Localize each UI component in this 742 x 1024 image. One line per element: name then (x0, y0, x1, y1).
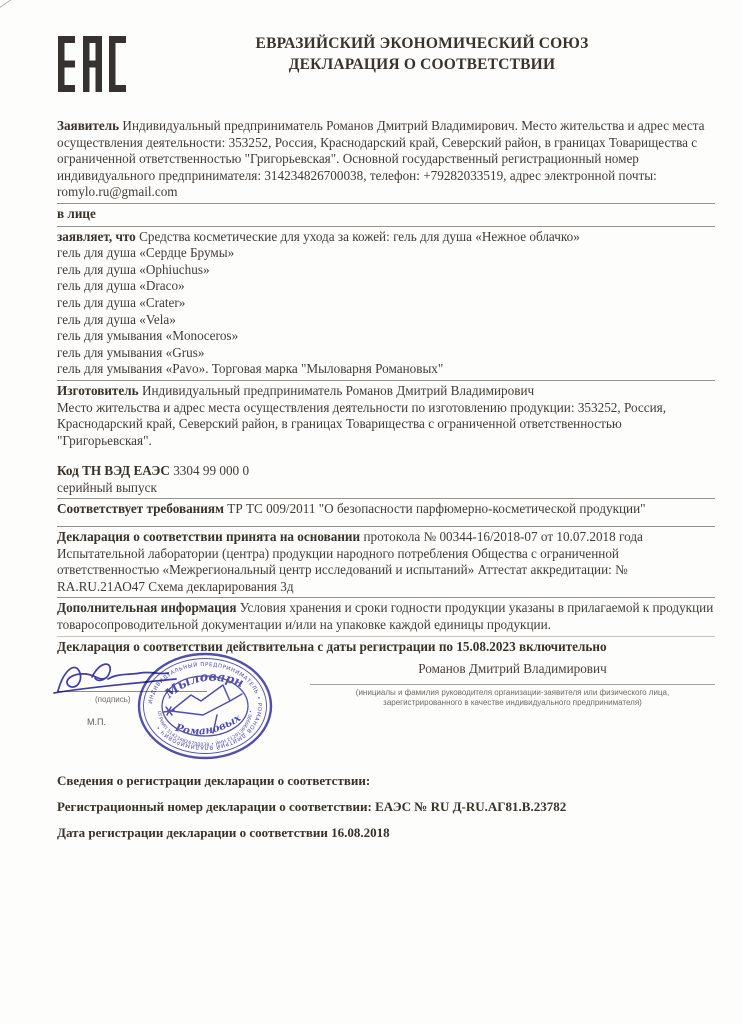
in-person-label: в лице (57, 206, 715, 224)
declarant-name: Романов Дмитрий Владимирович (310, 661, 715, 678)
title-line-1: ЕВРАЗИЙСКИЙ ЭКОНОМИЧЕСКИЙ СОЮЗ (132, 34, 712, 55)
product-item: гель для душа «Crater» (57, 295, 715, 312)
product-item: гель для умывания «Pavo». Торговая марка… (57, 361, 715, 378)
product-item: гель для душа «Ophiuchus» (57, 262, 715, 279)
manufacturer-address: Место жительства и адрес места осуществл… (57, 400, 715, 450)
applicant-label: Заявитель (57, 118, 119, 133)
release-type: серийный выпуск (57, 480, 715, 497)
registration-date-label: Дата регистрации декларации о соответств… (57, 825, 328, 840)
stamp-place-label: М.П. (87, 717, 106, 727)
registration-date-line: Дата регистрации декларации о соответств… (57, 825, 715, 840)
product-item: гель для умывания «Monoceros» (57, 328, 715, 345)
declares-intro: Средства косметические для ухода за коже… (139, 229, 580, 244)
section-applicant: Заявитель Индивидуальный предприниматель… (57, 118, 715, 201)
registration-date-value: 16.08.2018 (331, 825, 390, 840)
document-header: ЕВРАЗИЙСКИЙ ЭКОНОМИЧЕСКИЙ СОЮЗ ДЕКЛАРАЦИ… (57, 32, 712, 112)
manufacturer-label: Изготовитель (57, 383, 139, 398)
company-stamp: ИНДИВИДУАЛЬНЫЙ ПРЕДПРИНИМАТЕЛЬ • РОМАНОВ… (133, 649, 277, 763)
declares-label: заявляет, что (57, 229, 136, 244)
basis-label: Декларация о соответствии принята на осн… (57, 529, 360, 544)
registration-title: Сведения о регистрации декларации о соот… (57, 773, 715, 788)
tnved-value: 3304 99 000 0 (173, 463, 249, 478)
product-item: гель для душа «Draco» (57, 278, 715, 295)
additional-label: Дополнительная информация (57, 600, 236, 615)
spacer (57, 449, 715, 463)
stamp-brand-bottom: Романовых (173, 712, 244, 738)
product-item: гель для душа «Vela» (57, 312, 715, 329)
registration-number-value: ЕАЭС № RU Д-RU.АГ81.В.23782 (375, 799, 566, 814)
spacer (57, 518, 715, 524)
section-declares: заявляет, что Средства косметические для… (57, 229, 715, 246)
product-item: гель для душа «Сердце Брумы» (57, 245, 715, 262)
eac-logo (58, 36, 126, 92)
scan-artifact (0, 0, 16, 9)
signature-right: Романов Дмитрий Владимирович (инициалы и… (310, 661, 715, 708)
divider (57, 636, 715, 637)
name-line (310, 684, 715, 685)
svg-text:Романовых: Романовых (173, 712, 244, 738)
complies-label: Соответствует требованиям (57, 501, 224, 516)
declaration-document: ЕВРАЗИЙСКИЙ ЭКОНОМИЧЕСКИЙ СОЮЗ ДЕКЛАРАЦИ… (0, 0, 742, 1024)
name-caption-line1: (инициалы и фамилия руководителя организ… (310, 688, 715, 698)
document-title: ЕВРАЗИЙСКИЙ ЭКОНОМИЧЕСКИЙ СОЮЗ ДЕКЛАРАЦИ… (132, 34, 712, 75)
section-basis: Декларация о соответствии принята на осн… (57, 529, 715, 595)
name-caption-line2: зарегистрированного в качестве индивидуа… (310, 698, 715, 708)
applicant-text: Индивидуальный предприниматель Романов Д… (57, 118, 704, 199)
tnved-label: Код ТН ВЭД ЕАЭС (57, 463, 170, 478)
title-line-2: ДЕКЛАРАЦИЯ О СООТВЕТСТВИИ (132, 55, 712, 76)
divider (57, 498, 715, 499)
section-complies: Соответствует требованиям ТР ТС 009/2011… (57, 501, 715, 518)
divider (57, 380, 715, 381)
registration-number-line: Регистрационный номер декларации о соотв… (57, 799, 715, 814)
complies-text: ТР ТС 009/2011 "О безопасности парфюмерн… (227, 501, 645, 516)
product-item: гель для умывания «Grus» (57, 345, 715, 362)
registration-number-label: Регистрационный номер декларации о соотв… (57, 799, 372, 814)
section-additional: Дополнительная информация Условия хранен… (57, 600, 715, 633)
divider (57, 226, 715, 227)
section-tnved: Код ТН ВЭД ЕАЭС 3304 99 000 0 (57, 463, 715, 480)
section-manufacturer: Изготовитель Индивидуальный предпринимат… (57, 383, 715, 400)
divider (57, 203, 715, 204)
divider (57, 597, 715, 598)
manufacturer-name: Индивидуальный предприниматель Романов Д… (142, 383, 534, 398)
registration-block: Сведения о регистрации декларации о соот… (57, 773, 715, 840)
divider (57, 526, 715, 527)
